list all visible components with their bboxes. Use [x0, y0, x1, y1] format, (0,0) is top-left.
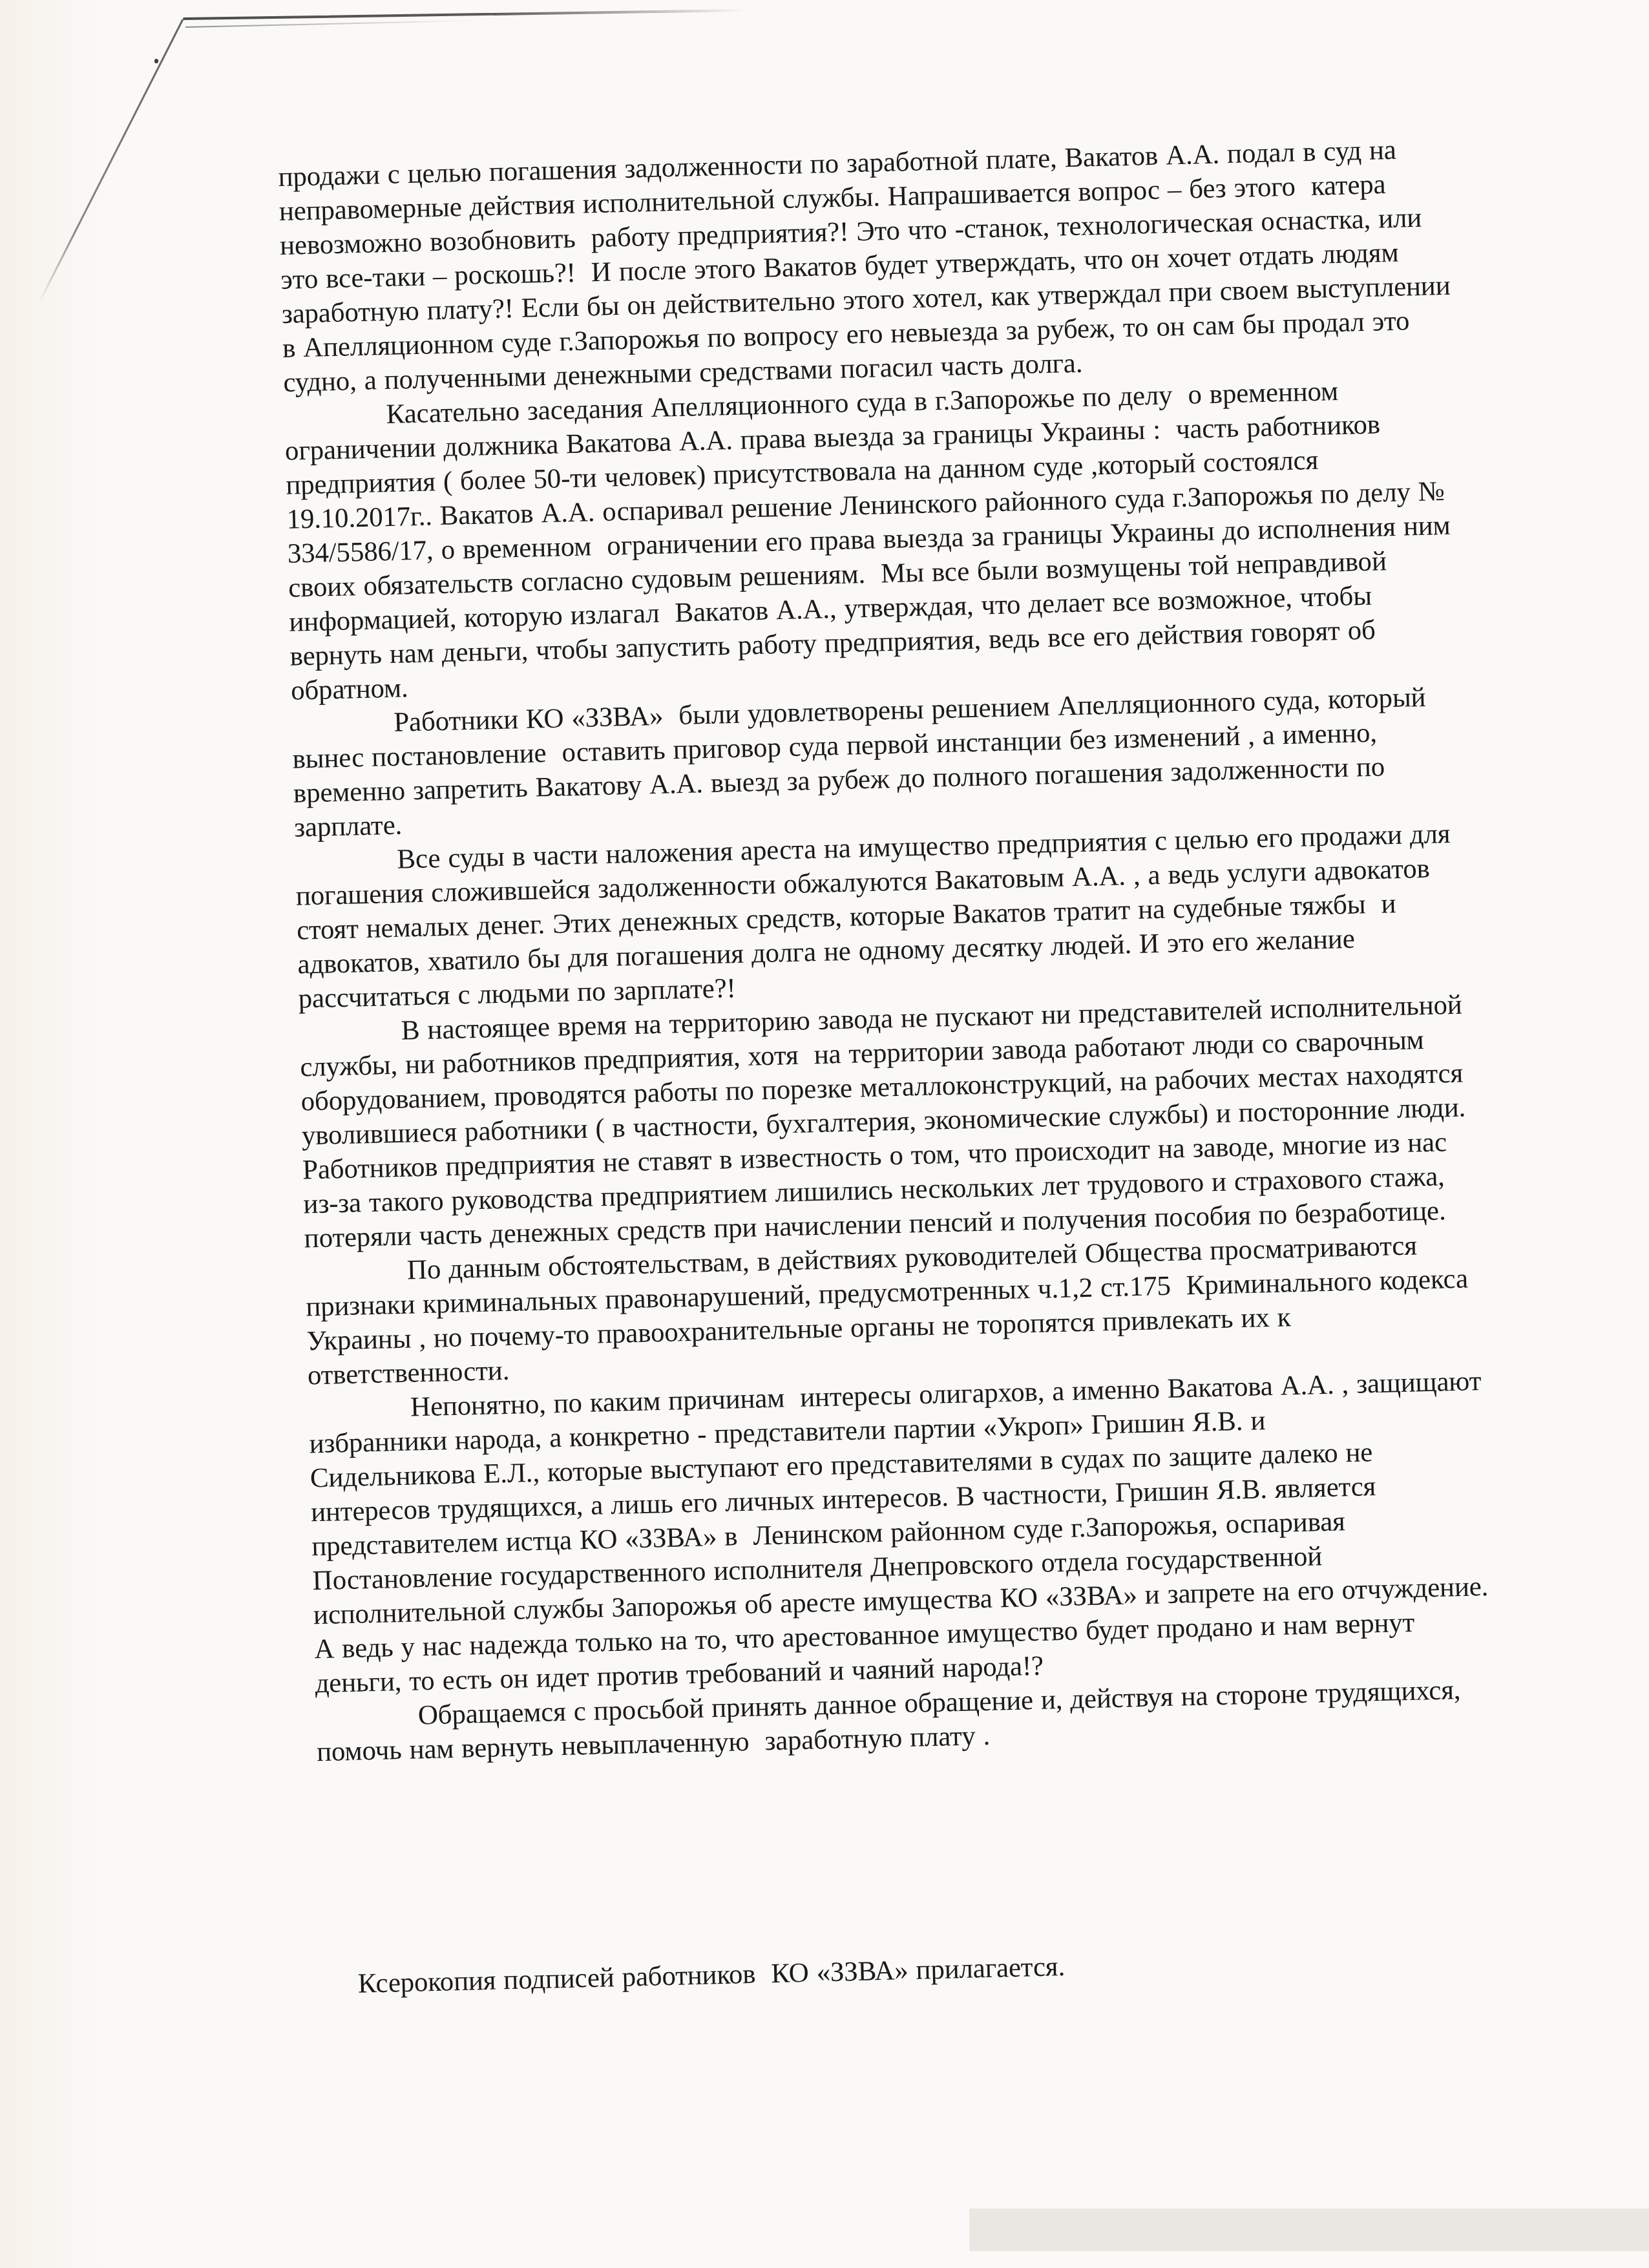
- scan-artifact-corner-fold-line: [38, 19, 184, 304]
- scanned-page: продажи с целью погашения задолженности …: [0, 0, 1649, 2268]
- scan-artifact-bottom-band: [969, 2209, 1649, 2251]
- document-body: продажи с целью погашения задолженности …: [278, 131, 1544, 1770]
- scan-artifact-top-edge-echo: [185, 20, 473, 28]
- footer-gap: [317, 1739, 1549, 1968]
- scan-artifact-top-edge-line: [183, 9, 746, 20]
- letter-text-block: продажи с целью погашения задолженности …: [278, 131, 1550, 2002]
- scan-artifact-speck: [154, 59, 158, 63]
